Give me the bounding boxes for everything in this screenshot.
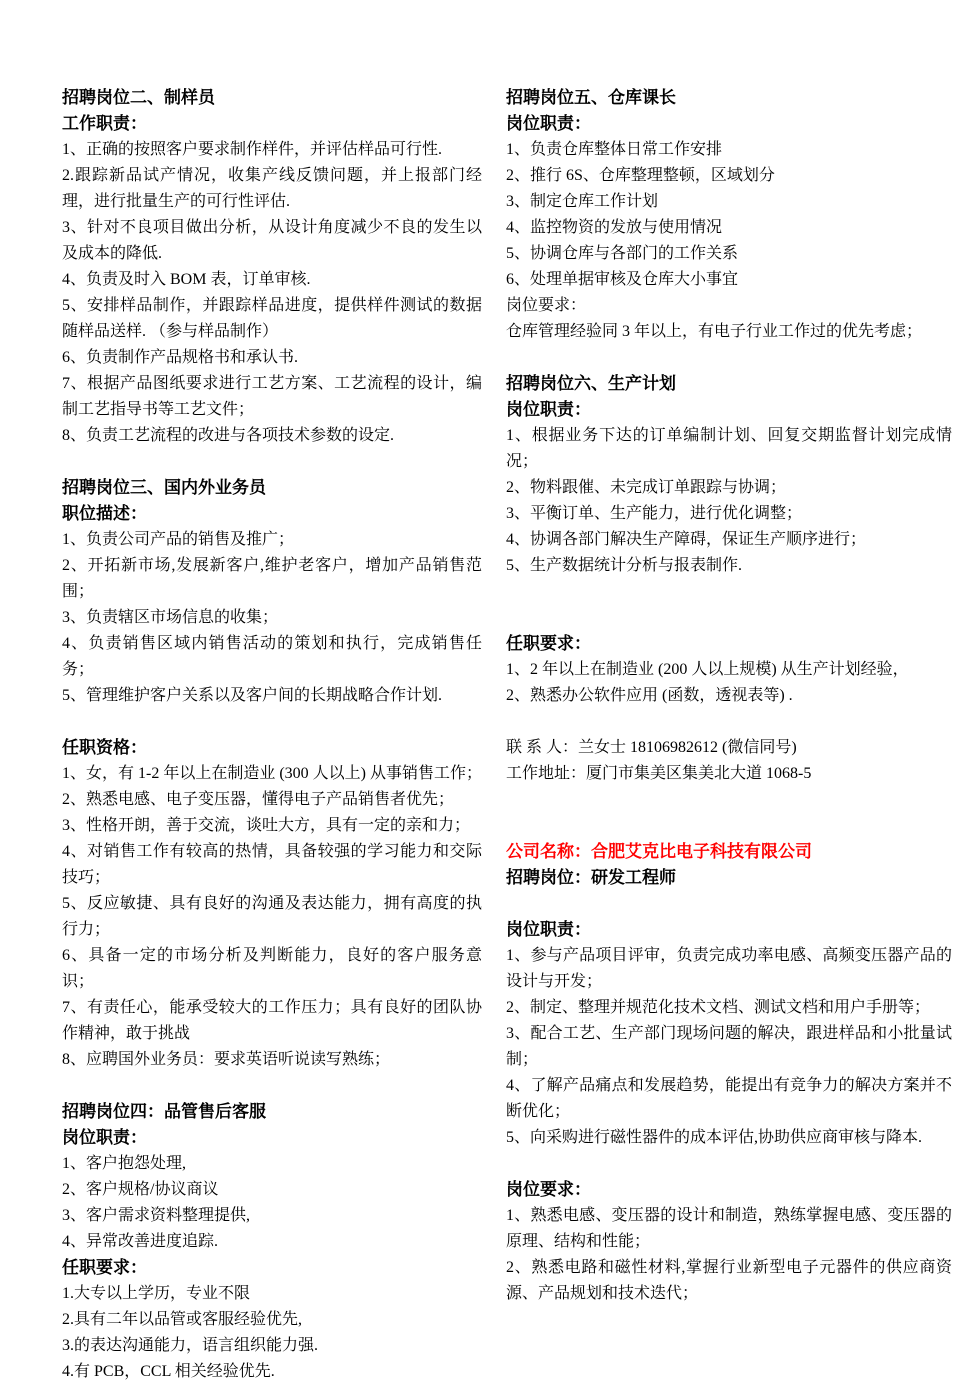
text-line: 3、配合工艺、生产部门现场问题的解决，跟进样品和小批量试制； <box>506 1021 952 1073</box>
section-heading: 招聘岗位六、生产计划 <box>506 371 952 397</box>
section-heading: 招聘岗位：研发工程师 <box>506 865 952 891</box>
text-line: 8、负责工艺流程的改进与各项技术参数的设定. <box>62 423 482 449</box>
section-label: 岗位职责： <box>506 111 952 137</box>
text-line: 1、熟悉电感、变压器的设计和制造，熟练掌握电感、变压器的原理、结构和性能； <box>506 1203 952 1255</box>
text-line: 2、开拓新市场,发展新客户,维护老客户，增加产品销售范围； <box>62 553 482 605</box>
section-heading: 招聘岗位四：品管售后客服 <box>62 1099 482 1125</box>
section-label: 岗位要求： <box>506 1177 952 1203</box>
text-line: 3.的表达沟通能力，语言组织能力强. <box>62 1333 482 1359</box>
text-line: 7、有责任心，能承受较大的工作压力；具有良好的团队协作精神，敢于挑战 <box>62 995 482 1047</box>
text-line: 1、正确的按照客户要求制作样件，并评估样品可行性. <box>62 137 482 163</box>
text-line: 4、异常改善进度追踪. <box>62 1229 482 1255</box>
text-line: 1、负责仓库整体日常工作安排 <box>506 137 952 163</box>
text-line: 3、负责辖区市场信息的收集； <box>62 605 482 631</box>
text-line: 1、负责公司产品的销售及推广； <box>62 527 482 553</box>
section-label: 任职要求： <box>506 631 952 657</box>
text-line: 3、针对不良项目做出分析，从设计角度减少不良的发生以及成本的降低. <box>62 215 482 267</box>
right-column: 招聘岗位五、仓库课长岗位职责：1、负责仓库整体日常工作安排2、推行 6S、仓库整… <box>506 85 952 1307</box>
section-gap <box>506 579 952 631</box>
section-gap <box>506 1151 952 1177</box>
section-label: 岗位职责： <box>506 397 952 423</box>
text-line: 2、熟悉电路和磁性材料,掌握行业新型电子元器件的供应商资源、产品规划和技术迭代； <box>506 1255 952 1307</box>
text-line: 3、客户需求资料整理提供, <box>62 1203 482 1229</box>
text-line: 1、2 年以上在制造业 (200 人以上规模) 从生产计划经验， <box>506 657 952 683</box>
text-line: 1、参与产品项目评审，负责完成功率电感、高频变压器产品的设计与开发； <box>506 943 952 995</box>
text-line: 4、监控物资的发放与使用情况 <box>506 215 952 241</box>
text-line: 3、制定仓库工作计划 <box>506 189 952 215</box>
section-gap <box>62 449 482 475</box>
text-line: 4、负责销售区域内销售活动的策划和执行，完成销售任务； <box>62 631 482 683</box>
section-label: 任职要求： <box>62 1255 482 1281</box>
section-gap <box>506 709 952 735</box>
section-heading: 招聘岗位五、仓库课长 <box>506 85 952 111</box>
text-line: 岗位要求： <box>506 293 952 319</box>
section-gap <box>62 1073 482 1099</box>
text-line: 2、推行 6S、仓库整理整顿，区域划分 <box>506 163 952 189</box>
text-line: 1、客户抱怨处理, <box>62 1151 482 1177</box>
text-line: 仓库管理经验同 3 年以上，有电子行业工作过的优先考虑； <box>506 319 952 345</box>
text-line: 2、熟悉电感、电子变压器，懂得电子产品销售者优先； <box>62 787 482 813</box>
section-gap <box>506 345 952 371</box>
text-line: 4、负责及时入 BOM 表，订单审核. <box>62 267 482 293</box>
text-line: 4、协调各部门解决生产障碍，保证生产顺序进行； <box>506 527 952 553</box>
text-line: 7、根据产品图纸要求进行工艺方案、工艺流程的设计，编制工艺指导书等工艺文件； <box>62 371 482 423</box>
section-heading: 招聘岗位二、制样员 <box>62 85 482 111</box>
section-gap <box>506 787 952 839</box>
text-line: 2、制定、整理并规范化技术文档、测试文档和用户手册等； <box>506 995 952 1021</box>
text-line: 5、安排样品制作，并跟踪样品进度，提供样件测试的数据随样品送样. （参与样品制作… <box>62 293 482 345</box>
text-line: 3、性格开朗，善于交流，谈吐大方，具有一定的亲和力； <box>62 813 482 839</box>
section-gap <box>506 891 952 917</box>
text-line: 6、处理单据审核及仓库大小事宜 <box>506 267 952 293</box>
text-line: 1、根据业务下达的订单编制计划、回复交期监督计划完成情况； <box>506 423 952 475</box>
section-label: 职位描述： <box>62 501 482 527</box>
section-gap <box>62 709 482 735</box>
text-line: 6、负责制作产品规格书和承认书. <box>62 345 482 371</box>
text-line: 5、反应敏捷、具有良好的沟通及表达能力，拥有高度的执行力； <box>62 891 482 943</box>
text-line: 5、生产数据统计分析与报表制作. <box>506 553 952 579</box>
text-line: 2.具有二年以品管或客服经验优先, <box>62 1307 482 1333</box>
text-line: 2、熟悉办公软件应用 (函数，透视表等) . <box>506 683 952 709</box>
text-line: 1、女，有 1-2 年以上在制造业 (300 人以上) 从事销售工作； <box>62 761 482 787</box>
text-line: 5、协调仓库与各部门的工作关系 <box>506 241 952 267</box>
left-column: 招聘岗位二、制样员工作职责：1、正确的按照客户要求制作样件，并评估样品可行性.2… <box>62 85 482 1380</box>
text-line: 2、客户规格/协议商议 <box>62 1177 482 1203</box>
text-line: 5、向采购进行磁性器件的成本评估,协助供应商审核与降本. <box>506 1125 952 1151</box>
section-heading: 招聘岗位三、国内外业务员 <box>62 475 482 501</box>
recruitment-document-page: 招聘岗位二、制样员工作职责：1、正确的按照客户要求制作样件，并评估样品可行性.2… <box>0 0 976 1380</box>
text-line: 2.跟踪新品试产情况，收集产线反馈问题，并上报部门经理，进行批量生产的可行性评估… <box>62 163 482 215</box>
text-line: 1.大专以上学历，专业不限 <box>62 1281 482 1307</box>
text-line: 4、了解产品痛点和发展趋势，能提出有竞争力的解决方案并不断优化； <box>506 1073 952 1125</box>
text-line: 5、管理维护客户关系以及客户间的长期战略合作计划. <box>62 683 482 709</box>
company-name-heading: 公司名称：合肥艾克比电子科技有限公司 <box>506 839 952 865</box>
section-label: 工作职责： <box>62 111 482 137</box>
section-label: 岗位职责： <box>506 917 952 943</box>
section-label: 岗位职责： <box>62 1125 482 1151</box>
text-line: 工作地址：厦门市集美区集美北大道 1068-5 <box>506 761 952 787</box>
text-line: 8、应聘国外业务员：要求英语听说读写熟练； <box>62 1047 482 1073</box>
text-line: 2、物料跟催、未完成订单跟踪与协调； <box>506 475 952 501</box>
text-line: 6、具备一定的市场分析及判断能力，良好的客户服务意识； <box>62 943 482 995</box>
text-line: 3、平衡订单、生产能力，进行优化调整； <box>506 501 952 527</box>
section-label: 任职资格： <box>62 735 482 761</box>
text-line: 4、对销售工作有较高的热情，具备较强的学习能力和交际技巧； <box>62 839 482 891</box>
text-line: 4.有 PCB，CCL 相关经验优先. <box>62 1359 482 1380</box>
text-line: 联 系 人：兰女士 18106982612 (微信同号) <box>506 735 952 761</box>
